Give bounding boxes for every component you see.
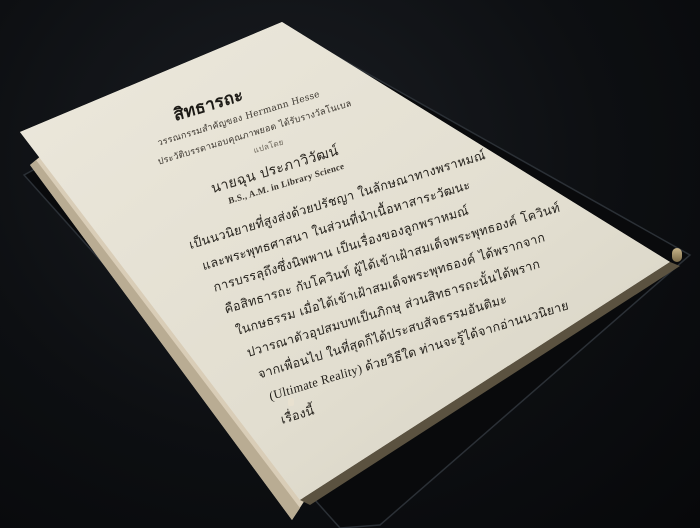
- blurb-line: เรื่องนี้: [279, 400, 317, 430]
- photo-scene: สิทธารถะ วรรณกรรมสำคัญของ Hermann Hesse …: [0, 0, 700, 528]
- bookmark-clip: [672, 248, 682, 262]
